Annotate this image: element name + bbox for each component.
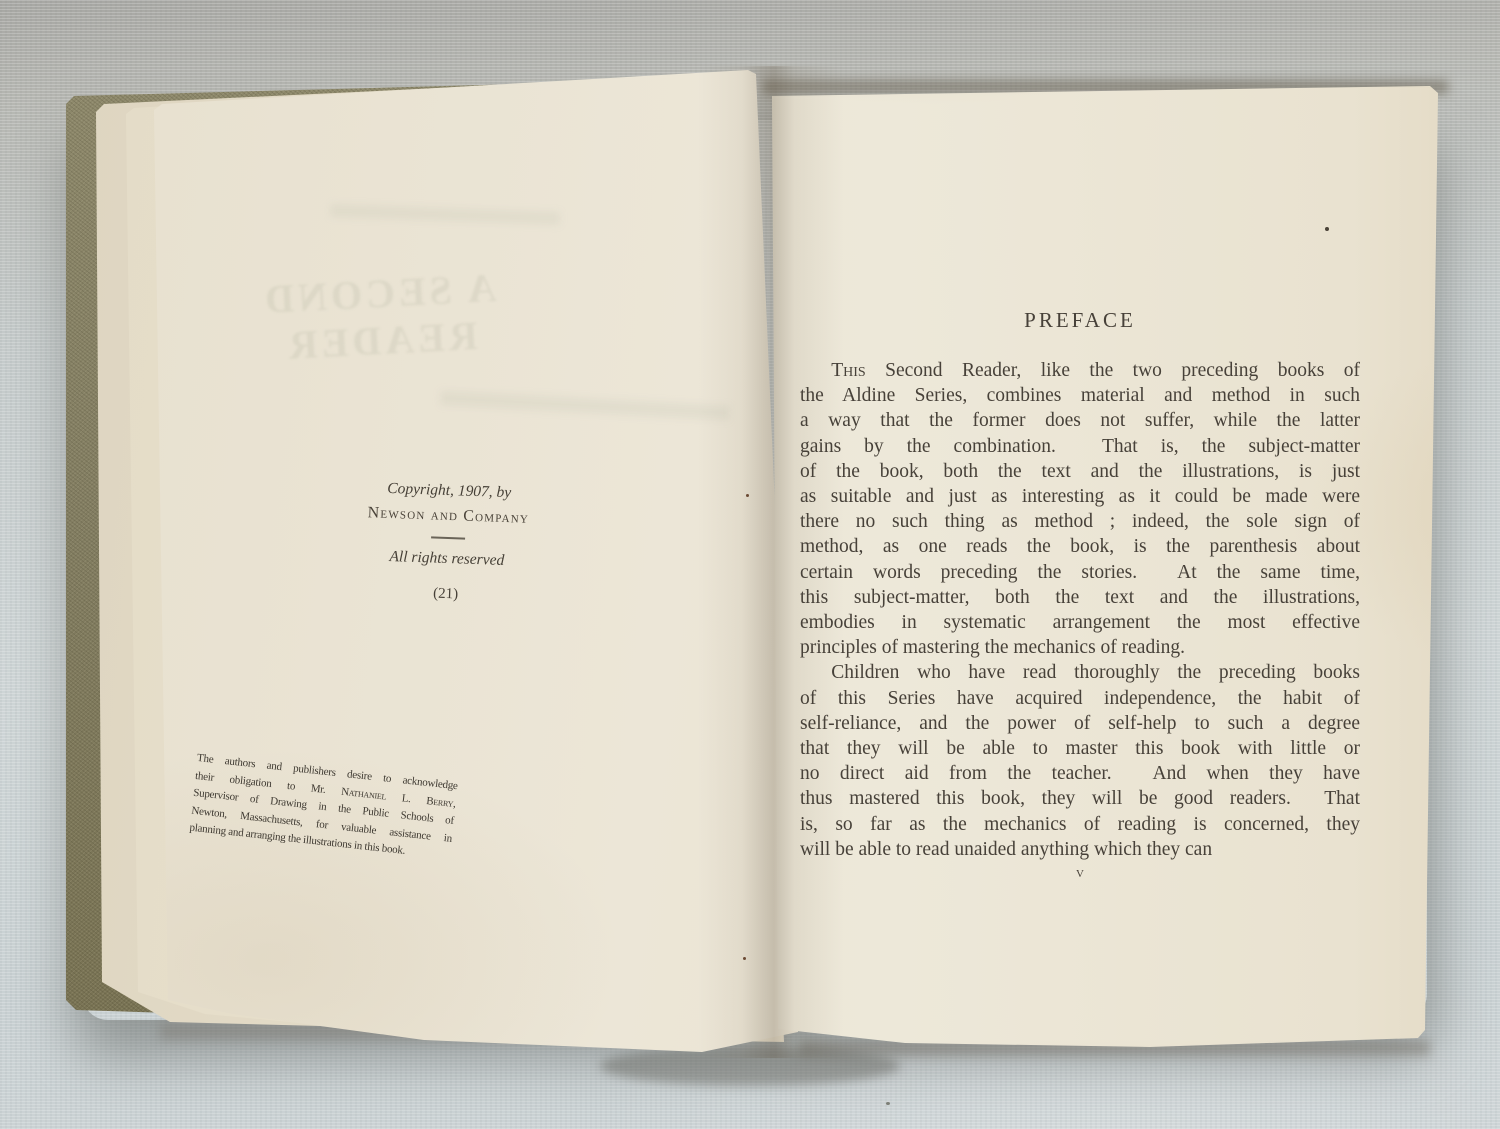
dust-speck xyxy=(886,1102,890,1105)
preface-paragraph: Children who have read thoroughly the pr… xyxy=(800,660,1360,862)
rights-line: All rights reserved xyxy=(339,542,555,574)
preface-body: This Second Reader, like the two precedi… xyxy=(800,358,1360,862)
dust-speck xyxy=(743,957,746,960)
text-line: this subject-matter, both the text and t… xyxy=(800,585,1360,610)
text-line: that they will be able to master this bo… xyxy=(800,736,1360,761)
text-line: as suitable and just as interesting as i… xyxy=(800,484,1360,509)
text-line: principles of mastering the mechanics of… xyxy=(800,635,1360,660)
text-line: no direct aid from the teacher. And when… xyxy=(800,761,1360,786)
text-line: of the book, both the text and the illus… xyxy=(800,459,1360,484)
text-line: the Aldine Series, combines material and… xyxy=(800,383,1360,408)
text-line: of this Series have acquired independenc… xyxy=(800,686,1360,711)
text-line: This Second Reader, like the two precedi… xyxy=(800,358,1360,383)
preface-paragraph: This Second Reader, like the two precedi… xyxy=(800,358,1360,660)
dust-speck xyxy=(1325,227,1329,231)
text-line: method, as one reads the book, is the pa… xyxy=(800,534,1360,559)
text-line: Children who have read thoroughly the pr… xyxy=(800,660,1360,685)
text-line: self-reliance, and the power of self-hel… xyxy=(800,711,1360,736)
divider-rule xyxy=(431,536,465,539)
text-line: embodies in systematic arrangement the m… xyxy=(800,610,1360,635)
text-line: gains by the combination. That is, the s… xyxy=(800,434,1360,459)
text-line: certain words preceding the stories. At … xyxy=(800,560,1360,585)
copyright-block: Copyright, 1907, by Newson and Company A… xyxy=(338,474,557,606)
text-line: will be able to read unaided anything wh… xyxy=(800,837,1360,862)
preface-heading: PREFACE xyxy=(800,308,1360,333)
text-line: is, so far as the mechanics of reading i… xyxy=(800,812,1360,837)
photo-scene: A SECOND READER Copyright, 1907, by News… xyxy=(0,0,1500,1129)
ghost-show-through-title: A SECOND READER xyxy=(213,261,547,372)
text-line: there no such thing as method ; indeed, … xyxy=(800,509,1360,534)
text-line: a way that the former does not suffer, w… xyxy=(800,408,1360,433)
text-line: thus mastered this book, they will be go… xyxy=(800,786,1360,811)
page-number: v xyxy=(800,864,1360,882)
dust-speck xyxy=(746,494,749,497)
